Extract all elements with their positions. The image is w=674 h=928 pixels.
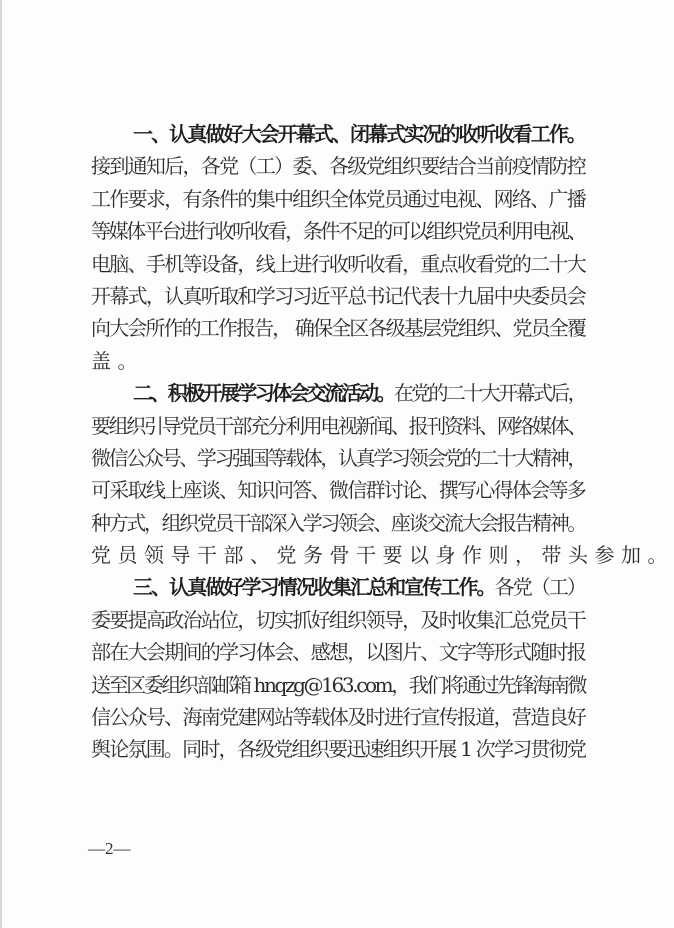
page-edge [0, 0, 2, 928]
paragraph-line: 盖。 [91, 345, 585, 377]
section-2-heading: 二、积极开展学习体会交流活动。在党的二十大开幕式后， [91, 377, 585, 409]
paragraph-line: 开幕式，认真听取和学习习近平总书记代表十九届中央委员会 [91, 280, 585, 312]
heading-tail: 在党的二十大开幕式后， [394, 381, 585, 405]
document-body: 一、认真做好大会开幕式、闭幕式实况的收听收看工作。 接到通知后，各党（工）委、各… [91, 118, 585, 766]
paragraph-line: 种方式，组织党员干部深入学习领会、座谈交流大会报告精神。 [91, 507, 585, 539]
paragraph-line: 接到通知后，各党（工）委、各级党组织要结合当前疫情防控 [91, 150, 585, 182]
heading-tail: 各党（工） [495, 575, 585, 599]
section-3-heading: 三、认真做好学习情况收集汇总和宣传工作。各党（工） [91, 571, 585, 603]
paragraph-line: 电脑、手机等设备，线上进行收听收看，重点收看党的二十大 [91, 248, 585, 280]
paragraph-line: 可采取线上座谈、知识问答、微信群讨论、撰写心得体会等多 [91, 474, 585, 506]
paragraph-line: 送至区委组织部邮箱 hnqzg@163.com，我们将通过先锋海南微 [91, 669, 585, 701]
heading-text: 二、积极开展学习体会交流活动。 [133, 381, 394, 405]
heading-text: 一、认真做好大会开幕式、闭幕式实况的收听收看工作。 [133, 122, 585, 146]
paragraph-line: 向大会所作的工作报告， 确保全区各级基层党组织、党员全覆 [91, 312, 585, 344]
paragraph-line: 等媒体平台进行收听收看，条件不足的可以组织党员利用电视、 [91, 215, 585, 247]
heading-text: 三、认真做好学习情况收集汇总和宣传工作。 [133, 575, 495, 599]
paragraph-line: 微信公众号、学习强国等载体，认真学习领会党的二十大精神， [91, 442, 585, 474]
paragraph-line: 信公众号、海南党建网站等载体及时进行宣传报道，营造良好 [91, 701, 585, 733]
paragraph-line: 要组织引导党员干部充分利用电视新闻、报刊资料、网络媒体、 [91, 410, 585, 442]
paragraph-line: 部在大会期间的学习体会、感想，以图片、文字等形式随时报 [91, 636, 585, 668]
paragraph-line: 委要提高政治站位，切实抓好组织领导，及时收集汇总党员干 [91, 604, 585, 636]
section-1-heading: 一、认真做好大会开幕式、闭幕式实况的收听收看工作。 [91, 118, 585, 150]
paragraph-line: 舆论氛围。同时，各级党组织要迅速组织开展 1 次学习贯彻党 [91, 733, 585, 765]
paragraph-line: 工作要求，有条件的集中组织全体党员通过电视、网络、广播 [91, 183, 585, 215]
page-number: —2— [88, 839, 131, 859]
paragraph-line: 党员领导干部、党务骨干要以身作则，带头参加。 [91, 539, 585, 571]
